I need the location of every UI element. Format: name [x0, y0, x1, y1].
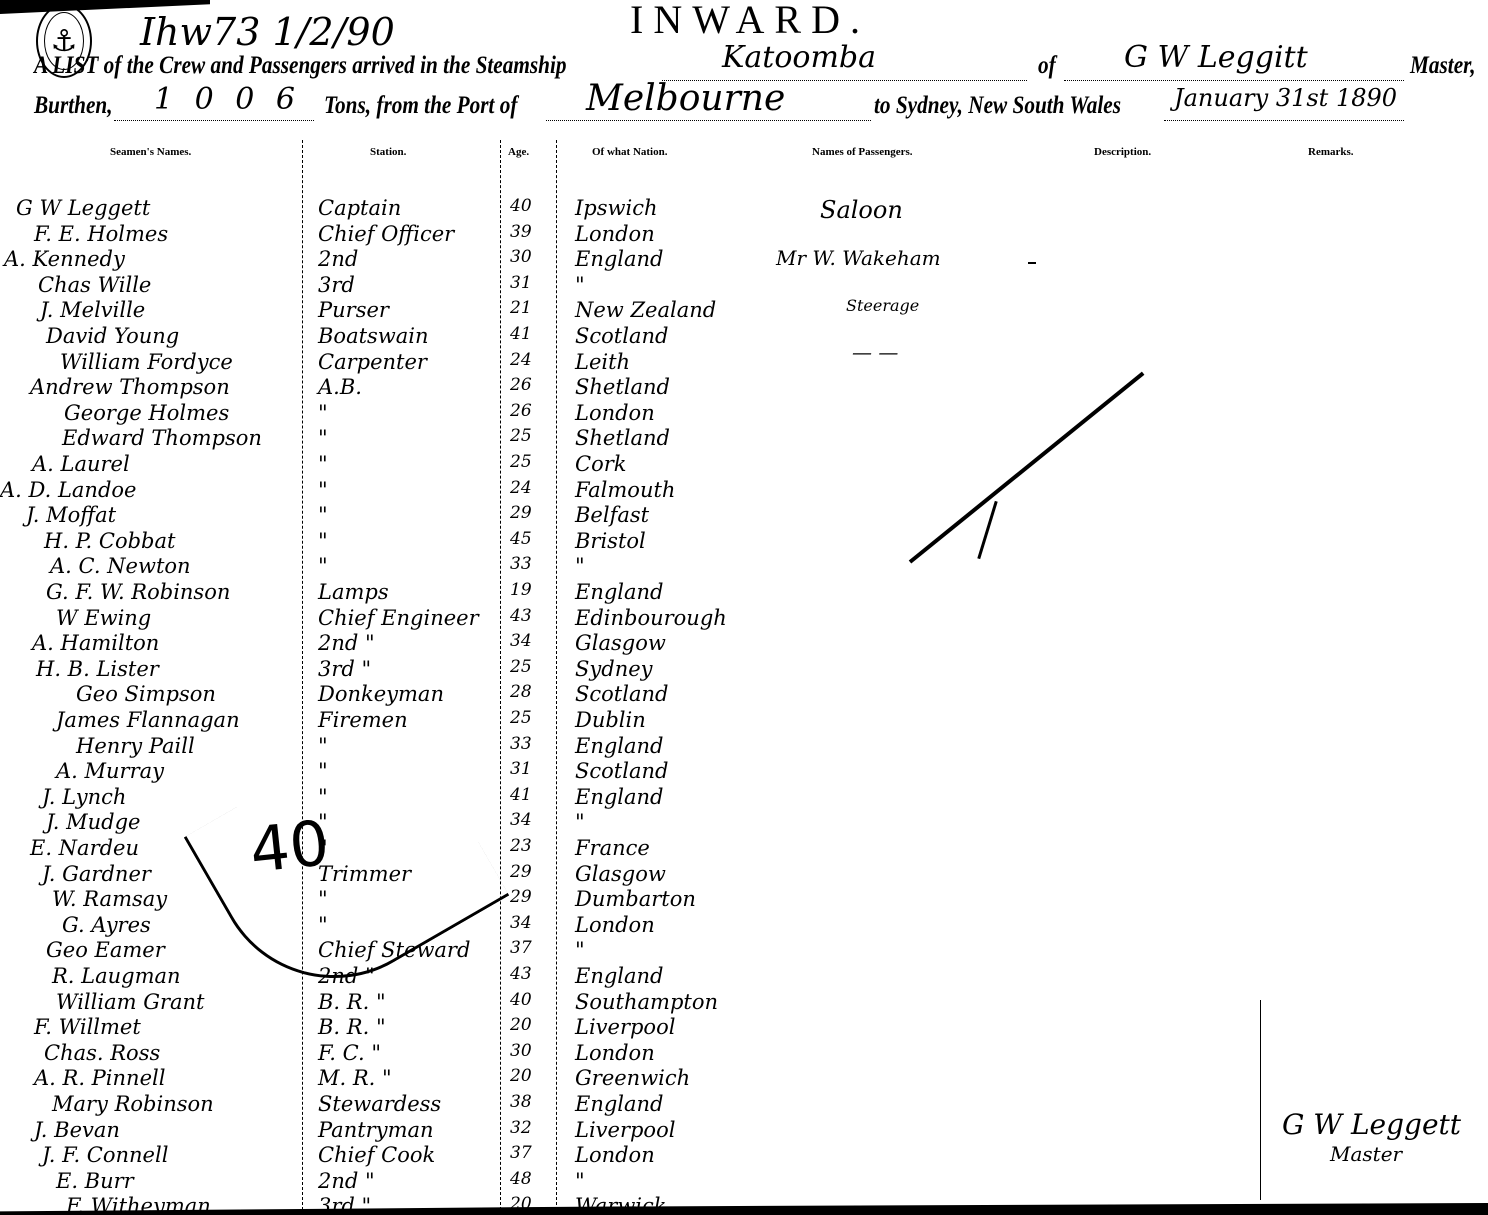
crew-age: 31	[510, 273, 532, 293]
steerage-passengers: — —	[852, 340, 898, 364]
crew-age: 40	[510, 990, 532, 1010]
saloon-label: Saloon	[820, 196, 903, 224]
crew-nation: Bristol	[575, 529, 646, 553]
passenger-name: Mr W. Wakeham	[776, 246, 941, 270]
crew-nation: England	[575, 1092, 664, 1116]
crew-age: 19	[510, 580, 532, 600]
crew-row: Edward Thompson"25Shetland	[0, 426, 760, 452]
tons-value: 1 0 0 6	[154, 82, 301, 117]
header-line-port: Burthen, 1 0 0 6 Tons, from the Port of …	[34, 92, 126, 120]
crew-age: 37	[510, 938, 532, 958]
crew-age: 29	[510, 887, 532, 907]
crew-row: G W LeggettCaptain40Ipswich	[0, 196, 760, 222]
crew-nation: New Zealand	[575, 298, 716, 322]
crew-row: George Holmes"26London	[0, 401, 760, 427]
reference-number: Ihw73 1/2/90	[140, 10, 395, 54]
crew-station: "	[318, 401, 328, 425]
arrival-date: January 31st 1890	[1174, 84, 1397, 112]
crew-row: A. Kennedy2nd30England	[0, 247, 760, 273]
crew-station: "	[318, 529, 328, 553]
crew-row: A. Hamilton2nd "34Glasgow	[0, 631, 760, 657]
crew-name: A. R. Pinnell	[34, 1066, 165, 1090]
crew-age: 41	[510, 324, 532, 344]
list-intro-text: A LIST of the Crew and Passengers arrive…	[34, 52, 566, 80]
check-mark	[977, 501, 997, 559]
crew-name: A. Hamilton	[32, 631, 159, 655]
crew-nation: London	[575, 401, 655, 425]
crew-row: Geo SimpsonDonkeyman28Scotland	[0, 682, 760, 708]
master-field: G W Leggitt	[1064, 52, 1404, 81]
date-field: January 31st 1890	[1164, 92, 1404, 121]
crew-row: H. P. Cobbat"45Bristol	[0, 529, 760, 555]
tons-label: Tons, from the Port of	[324, 92, 517, 120]
crew-name: A. Laurel	[32, 452, 130, 476]
crew-nation: Scotland	[575, 324, 668, 348]
column-divider	[1260, 1000, 1261, 1200]
crew-station: Pantryman	[318, 1118, 434, 1142]
crew-name: H. B. Lister	[36, 657, 159, 681]
crew-nation: Dumbarton	[575, 887, 696, 911]
signature-title: Master	[1330, 1142, 1402, 1166]
port-name: Melbourne	[586, 78, 785, 119]
crew-name: A. D. Landoe	[0, 478, 136, 502]
crew-age: 40	[510, 196, 532, 216]
crew-name: A. Kennedy	[4, 247, 125, 271]
crew-age: 30	[510, 1041, 532, 1061]
crew-name: F. E. Holmes	[34, 222, 168, 246]
crew-age: 37	[510, 1143, 532, 1163]
col-station: Station.	[370, 146, 406, 158]
crew-name: R. Laugman	[52, 964, 181, 988]
crew-age: 43	[510, 606, 532, 626]
crew-station: Chief Officer	[318, 222, 454, 246]
crew-name: E. Nardeu	[30, 836, 139, 860]
crew-station: A.B.	[318, 375, 362, 399]
crew-nation: Southampton	[575, 990, 718, 1014]
crew-age: 34	[510, 631, 532, 651]
col-seamen-names: Seamen's Names.	[110, 146, 191, 158]
crew-station: B. R. "	[318, 1015, 386, 1039]
crew-row: A. C. Newton"33"	[0, 554, 760, 580]
crew-age: 29	[510, 503, 532, 523]
crew-row: J. F. ConnellChief Cook37London	[0, 1143, 760, 1169]
crew-name: Andrew Thompson	[30, 375, 230, 399]
crew-row: E. Burr2nd "48"	[0, 1169, 760, 1195]
crew-age: 25	[510, 657, 532, 677]
crew-station: 2nd "	[318, 1169, 375, 1193]
crew-station: 2nd "	[318, 631, 375, 655]
cancel-slash-mark	[909, 372, 1145, 564]
crew-nation: Sydney	[575, 657, 653, 681]
crew-station: 3rd	[318, 273, 355, 297]
crew-age: 26	[510, 401, 532, 421]
crew-name: G. F. W. Robinson	[46, 580, 230, 604]
crew-age: 25	[510, 708, 532, 728]
crew-station: 3rd "	[318, 657, 371, 681]
crew-name: Chas Wille	[38, 273, 151, 297]
crew-row: W EwingChief Engineer43Edinbourough	[0, 606, 760, 632]
crew-age: 34	[510, 913, 532, 933]
crew-nation: Greenwich	[575, 1066, 690, 1090]
dash-mark	[1028, 262, 1036, 264]
crew-age: 41	[510, 785, 532, 805]
crew-age: 29	[510, 862, 532, 882]
crew-station: Carpenter	[318, 350, 427, 374]
crew-station: Chief Cook	[318, 1143, 435, 1167]
crew-station: "	[318, 503, 328, 527]
crew-age: 33	[510, 554, 532, 574]
crew-name: A. Murray	[56, 759, 164, 783]
crew-age: 34	[510, 810, 532, 830]
crew-nation: Dublin	[575, 708, 646, 732]
crew-nation: Scotland	[575, 759, 668, 783]
col-description: Description.	[1094, 146, 1151, 158]
crew-name: J. Mudge	[46, 810, 140, 834]
col-remarks: Remarks.	[1308, 146, 1354, 158]
crew-name: J. Moffat	[26, 503, 116, 527]
crew-age: 23	[510, 836, 532, 856]
crew-name: J. Gardner	[42, 862, 151, 886]
crew-name: Geo Eamer	[46, 938, 165, 962]
crew-row: Chas. RossF. C. "30London	[0, 1041, 760, 1067]
crew-nation: France	[575, 836, 650, 860]
form-title: INWARD.	[630, 0, 870, 43]
crew-station: Donkeyman	[318, 682, 444, 706]
master-name: G W Leggitt	[1124, 40, 1308, 75]
crew-row: J. Moffat"29Belfast	[0, 503, 760, 529]
crew-nation: Shetland	[575, 375, 670, 399]
crew-row: A. Laurel"25Cork	[0, 452, 760, 478]
crew-row: William GrantB. R. "40Southampton	[0, 990, 760, 1016]
crew-age: 32	[510, 1118, 532, 1138]
crew-age: 25	[510, 452, 532, 472]
crew-station: 2nd	[318, 247, 358, 271]
crew-nation: London	[575, 1143, 655, 1167]
crew-row: F. WillmetB. R. "20Liverpool	[0, 1015, 760, 1041]
crew-nation: Glasgow	[575, 631, 666, 655]
crew-station: Chief Engineer	[318, 606, 479, 630]
crew-nation: Cork	[575, 452, 626, 476]
crew-name: Henry Paill	[76, 734, 195, 758]
crew-age: 30	[510, 247, 532, 267]
crew-name: William Fordyce	[60, 350, 233, 374]
crew-nation: Edinbourough	[575, 606, 727, 630]
crew-age: 39	[510, 222, 532, 242]
crew-age: 31	[510, 759, 532, 779]
crew-row: A. R. PinnellM. R. "20Greenwich	[0, 1066, 760, 1092]
crew-nation: Shetland	[575, 426, 670, 450]
crew-age: 28	[510, 682, 532, 702]
crew-nation: Scotland	[575, 682, 668, 706]
crew-station: "	[318, 478, 328, 502]
crew-age: 20	[510, 1066, 532, 1086]
master-signature: G W Leggett	[1282, 1108, 1461, 1141]
crew-nation: London	[575, 222, 655, 246]
crew-name: W Ewing	[56, 606, 151, 630]
crew-age: 38	[510, 1092, 532, 1112]
crew-station: "	[318, 426, 328, 450]
crew-station: "	[318, 554, 328, 578]
crew-name: J. F. Connell	[42, 1143, 168, 1167]
crew-name: David Young	[46, 324, 179, 348]
crew-nation: Glasgow	[575, 862, 666, 886]
crew-name: J. Bevan	[34, 1118, 120, 1142]
crew-nation: "	[575, 1169, 585, 1193]
master-label: Master,	[1410, 52, 1476, 80]
crew-age: 43	[510, 964, 532, 984]
crew-nation: Ipswich	[575, 196, 658, 220]
crew-name: G. Ayres	[62, 913, 151, 937]
destination-text: to Sydney, New South Wales	[874, 92, 1121, 120]
port-field: Melbourne	[546, 92, 871, 121]
crew-row: H. B. Lister3rd "25Sydney	[0, 657, 760, 683]
col-passengers: Names of Passengers.	[812, 146, 913, 158]
crew-name: Geo Simpson	[76, 682, 216, 706]
crew-row: Chas Wille3rd31"	[0, 273, 760, 299]
crew-name: Mary Robinson	[52, 1092, 214, 1116]
crew-name: E. Burr	[56, 1169, 134, 1193]
crew-row: F. E. HolmesChief Officer39London	[0, 222, 760, 248]
vessel-field: Katoomba	[662, 52, 1027, 81]
crew-name: F. Willmet	[34, 1015, 141, 1039]
crew-total-annotation: 40	[246, 806, 332, 887]
crew-age: 20	[510, 1015, 532, 1035]
crew-name: J. Melville	[40, 298, 145, 322]
crew-station: B. R. "	[318, 990, 386, 1014]
crew-row: William FordyceCarpenter24Leith	[0, 350, 760, 376]
crew-station: Stewardess	[318, 1092, 441, 1116]
crew-row: J. MelvillePurser21New Zealand	[0, 298, 760, 324]
crew-age: 48	[510, 1169, 532, 1189]
crew-row: J. BevanPantryman32Liverpool	[0, 1118, 760, 1144]
crew-age: 33	[510, 734, 532, 754]
crew-nation: England	[575, 580, 664, 604]
vessel-name: Katoomba	[722, 40, 876, 75]
crew-nation: "	[575, 810, 585, 834]
crew-nation: "	[575, 554, 585, 578]
burthen-label: Burthen,	[34, 92, 113, 120]
col-age: Age.	[508, 146, 529, 158]
crew-name: Edward Thompson	[62, 426, 262, 450]
crew-age: 25	[510, 426, 532, 446]
crew-name: Chas. Ross	[44, 1041, 160, 1065]
crew-nation: London	[575, 913, 655, 937]
tons-field: 1 0 0 6	[114, 92, 314, 121]
crew-station: F. C. "	[318, 1041, 381, 1065]
crew-age: 45	[510, 529, 532, 549]
crew-age: 24	[510, 478, 532, 498]
crew-row: Andrew ThompsonA.B.26Shetland	[0, 375, 760, 401]
crew-name: James Flannagan	[56, 708, 240, 732]
crew-nation: Falmouth	[575, 478, 675, 502]
crew-nation: England	[575, 785, 664, 809]
crew-nation: London	[575, 1041, 655, 1065]
crew-row: G. F. W. RobinsonLamps19England	[0, 580, 760, 606]
crew-station: M. R. "	[318, 1066, 392, 1090]
crew-name: A. C. Newton	[50, 554, 191, 578]
crew-station: Lamps	[318, 580, 389, 604]
crew-nation: Liverpool	[575, 1015, 675, 1039]
header-line-vessel: A LIST of the Crew and Passengers arrive…	[34, 52, 660, 80]
crew-name: W. Ramsay	[52, 887, 167, 911]
crew-row: Mary RobinsonStewardess38England	[0, 1092, 760, 1118]
crew-nation: Belfast	[575, 503, 649, 527]
crew-age: 24	[510, 350, 532, 370]
crew-age: 21	[510, 298, 532, 318]
crew-name: George Holmes	[64, 401, 229, 425]
crew-nation: "	[575, 938, 585, 962]
crew-station: "	[318, 452, 328, 476]
crew-row: A. D. Landoe"24Falmouth	[0, 478, 760, 504]
crew-name: J. Lynch	[42, 785, 126, 809]
steerage-label: Steerage	[846, 296, 919, 315]
crew-nation: England	[575, 734, 664, 758]
crew-station: Purser	[318, 298, 389, 322]
crew-age: 26	[510, 375, 532, 395]
crew-nation: Liverpool	[575, 1118, 675, 1142]
crew-nation: England	[575, 247, 664, 271]
crew-name: H. P. Cobbat	[44, 529, 175, 553]
crew-station: Captain	[318, 196, 401, 220]
crew-name: William Grant	[56, 990, 205, 1014]
of-label: of	[1038, 52, 1056, 80]
crew-row: David YoungBoatswain41Scotland	[0, 324, 760, 350]
crew-nation: England	[575, 964, 664, 988]
col-nation: Of what Nation.	[592, 146, 667, 158]
crew-name: G W Leggett	[16, 196, 150, 220]
crew-nation: Leith	[575, 350, 630, 374]
crew-station: Boatswain	[318, 324, 429, 348]
crew-nation: "	[575, 273, 585, 297]
